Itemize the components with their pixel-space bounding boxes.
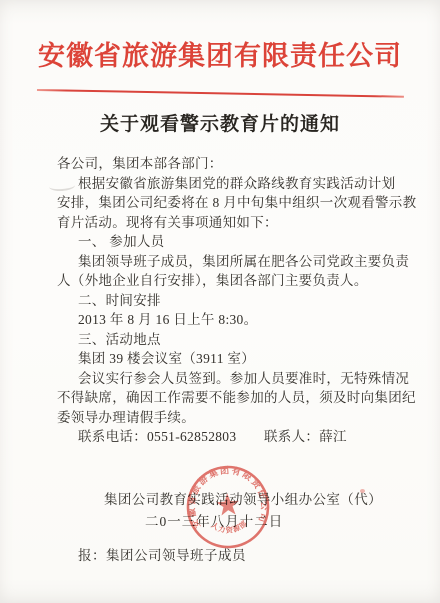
- body-line: 委领导办理请假手续。: [57, 408, 389, 428]
- body-line: 育片活动。现将有关事项通知如下：: [57, 213, 389, 233]
- seal-star-icon: [216, 492, 240, 515]
- letterhead-company-name: 安徽省旅游集团有限责任公司: [0, 34, 440, 73]
- section-heading-location: 三、活动地点: [57, 330, 389, 350]
- body-line: 安排，集团公司纪委将在 8 月中旬集中组织一次观看警示教: [57, 193, 389, 213]
- section-heading-time: 二、时间安排: [57, 291, 389, 311]
- letterhead-divider-rule: [37, 89, 404, 98]
- salutation-line: 各公司，集团本部各部门：: [57, 154, 389, 174]
- official-seal-stamp: 安徽省旅游集团有限责任公司 人力资源部: [182, 461, 274, 553]
- body-line: 会议实行参会人员签到。参加人员要准时，无特殊情况: [57, 369, 389, 389]
- cc-report-line: 报：集团公司领导班子成员: [78, 544, 246, 564]
- svg-text:人力资源部: 人力资源部: [209, 518, 250, 536]
- body-line: 不得缺席，确因工作需要不能参加的人员，须及时向集团纪: [57, 388, 389, 408]
- body-line: 人（外地企业自行安排），集团各部门主要负责人。: [57, 271, 389, 291]
- document-title: 关于观看警示教育片的通知: [0, 109, 440, 136]
- seal-department-text: 人力资源部: [209, 518, 250, 536]
- event-time-line: 2013 年 8 月 16 日上午 8:30。: [57, 310, 389, 330]
- contact-info-line: 联系电话：0551-62852803 联系人：薛江: [57, 427, 389, 447]
- body-line: 根据安徽省旅游集团党的群众路线教育实践活动计划: [57, 174, 389, 194]
- section-heading-participants: 一、 参加人员: [57, 232, 389, 252]
- stray-ink-dot: [360, 489, 365, 493]
- event-location-line: 集团 39 楼会议室（3911 室）: [57, 349, 389, 369]
- document-page: 安徽省旅游集团有限责任公司 关于观看警示教育片的通知 各公司，集团本部各部门： …: [0, 0, 440, 603]
- body-line: 集团领导班子成员，集团所属在肥各公司党政主要负责: [57, 252, 389, 272]
- document-body: 各公司，集团本部各部门： 根据安徽省旅游集团党的群众路线教育实践活动计划 安排，…: [57, 154, 389, 447]
